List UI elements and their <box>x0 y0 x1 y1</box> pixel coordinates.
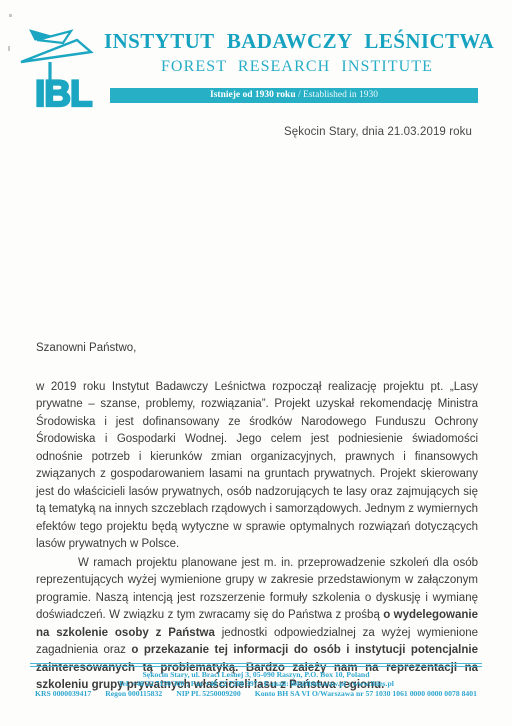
scanned-letter-page: { "colors": { "accent_teal": "#1ba6c2", … <box>0 0 512 726</box>
date-line: Sękocin Stary, dnia 21.03.2019 roku <box>284 126 472 138</box>
footer-address: Sękocin Stary, ul. Braci Leśnej 3, 05-09… <box>30 670 482 679</box>
established-banner-en: / Established in 1930 <box>296 90 378 100</box>
established-banner-pl: Istnieje od 1930 roku <box>210 90 296 100</box>
ibl-tree-logo-icon: IBL <box>20 25 112 111</box>
footer-contacts: Tel. +48 22 7150 300 ; Fax +48 22 7200 3… <box>30 679 482 688</box>
scan-speck <box>9 14 12 17</box>
salutation: Szanowni Państwo, <box>36 340 478 358</box>
footer-registry: KRS 0000039417 Regon 000115832 NIP PL 52… <box>18 689 494 698</box>
paragraph-project-intro: w 2019 roku Instytut Badawczy Leśnictwa … <box>36 379 478 554</box>
footer-nip: NIP PL 5250009200 <box>176 689 241 698</box>
institute-header: INSTYTUT BADAWCZY LEŚNICTWA FOREST RESEA… <box>104 29 490 76</box>
established-banner: Istnieje od 1930 roku / Established in 1… <box>110 88 478 103</box>
scan-speck <box>8 46 10 51</box>
letter-body: Szanowni Państwo, w 2019 roku Instytut B… <box>36 340 478 695</box>
institute-name-pl: INSTYTUT BADAWCZY LEŚNICTWA <box>104 29 490 54</box>
footer-regon: Regon 000115832 <box>105 689 162 698</box>
footer-divider <box>30 663 482 667</box>
footer-bank-account: Konto BH SA VI O/Warszawa nr 57 1030 106… <box>255 689 477 698</box>
logo-acronym-text: IBL <box>35 73 92 111</box>
institute-name-en: FOREST RESEARCH INSTITUTE <box>104 58 490 76</box>
letterhead-footer: Sękocin Stary, ul. Braci Leśnej 3, 05-09… <box>30 663 482 698</box>
footer-krs: KRS 0000039417 <box>35 689 91 698</box>
